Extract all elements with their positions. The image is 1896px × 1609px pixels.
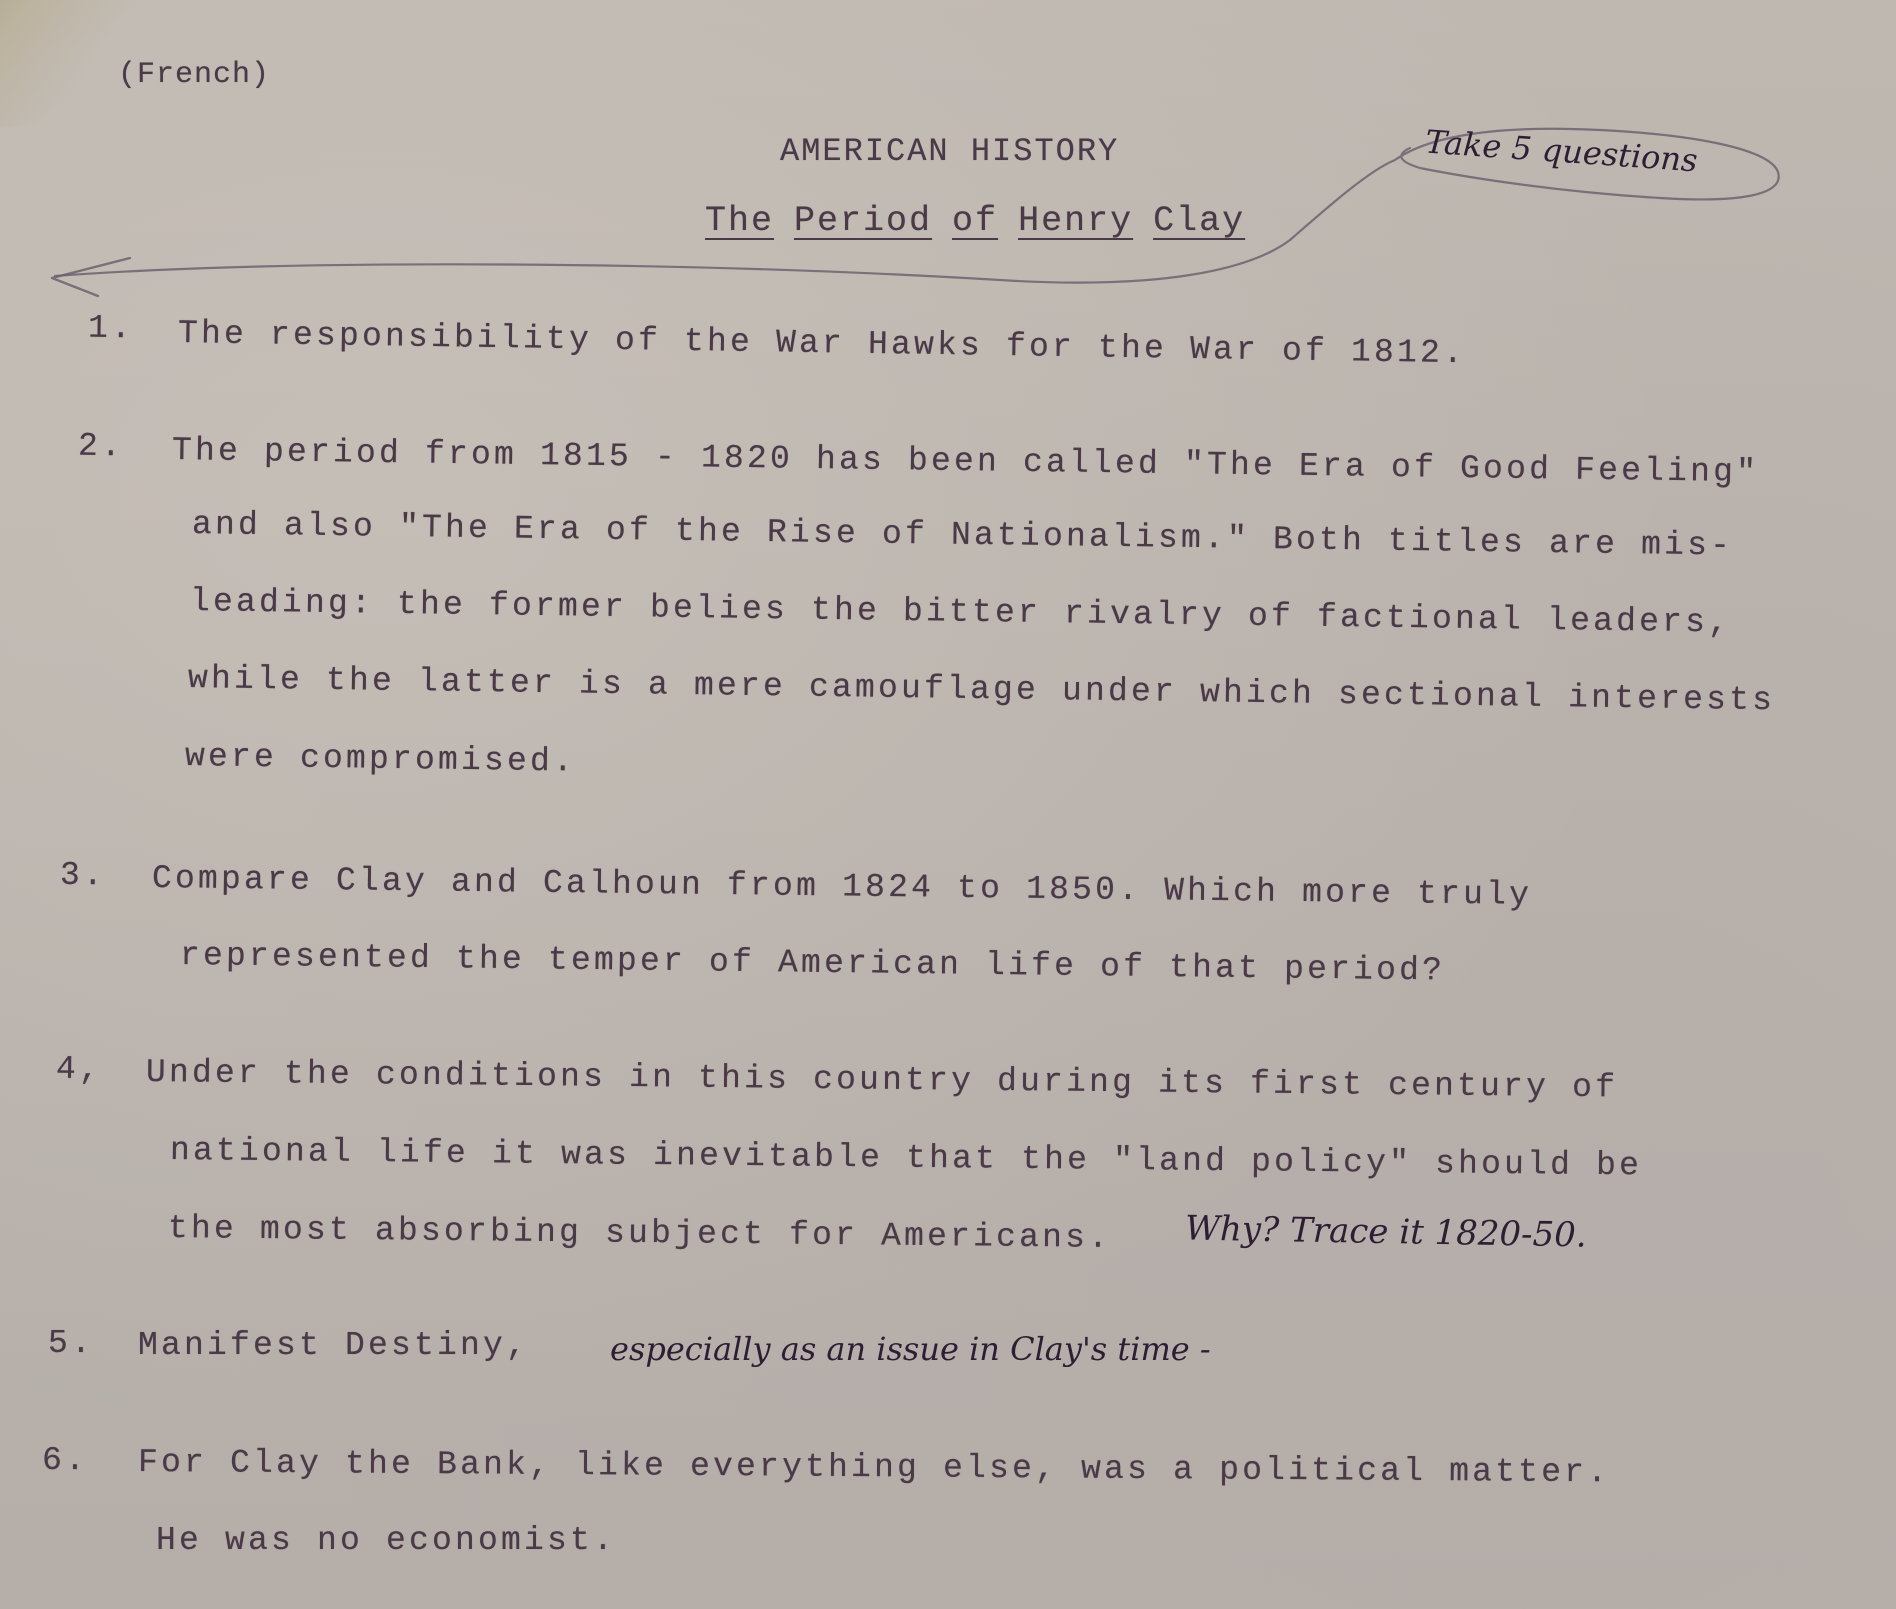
question-number: 3.	[60, 857, 106, 895]
question-number: 6.	[42, 1442, 88, 1479]
subtitle-word: Clay	[1153, 201, 1245, 241]
question-line: and also "The Era of the Rise of Nationa…	[192, 506, 1734, 565]
question-number: 5.	[48, 1325, 94, 1362]
question-line: while the latter is a mere camouflage un…	[188, 660, 1776, 719]
question-number: 1.	[88, 310, 135, 348]
header-note: (French)	[118, 58, 270, 92]
handwritten-addition: Why? Trace it 1820-50.	[1185, 1208, 1587, 1255]
margin-note-handwritten: Take 5 questions	[1424, 123, 1699, 180]
question-line: Under the conditions in this country dur…	[146, 1054, 1619, 1106]
subtitle-word: Henry	[1018, 201, 1133, 241]
handwritten-addition: especially as an issue in Clay's time -	[610, 1330, 1211, 1368]
question-line: He was no economist.	[156, 1522, 616, 1559]
question-number: 2.	[78, 428, 125, 466]
paper-page: (French) AMERICAN HISTORY ThePeriodofHen…	[0, 0, 1896, 1609]
question-line: leading: the former belies the bitter ri…	[190, 583, 1732, 642]
document-title: AMERICAN HISTORY	[780, 133, 1119, 170]
question-line: the most absorbing subject for Americans…	[168, 1210, 1111, 1257]
document-subtitle: ThePeriodofHenryClay	[705, 201, 1265, 241]
question-line: Manifest Destiny,	[138, 1327, 529, 1364]
question-line: national life it was inevitable that the…	[170, 1132, 1643, 1184]
subtitle-word: of	[952, 201, 998, 241]
question-line: The period from 1815 - 1820 has been cal…	[172, 432, 1760, 491]
question-line: were compromised.	[185, 738, 577, 780]
question-line: Compare Clay and Calhoun from 1824 to 18…	[152, 860, 1533, 914]
question-line: The responsibility of the War Hawks for …	[178, 315, 1467, 372]
subtitle-word: The	[705, 201, 774, 241]
question-line: For Clay the Bank, like everything else,…	[138, 1444, 1610, 1491]
question-number: 4,	[56, 1051, 102, 1088]
question-line: represented the temper of American life …	[180, 937, 1446, 989]
subtitle-word: Period	[794, 201, 932, 241]
